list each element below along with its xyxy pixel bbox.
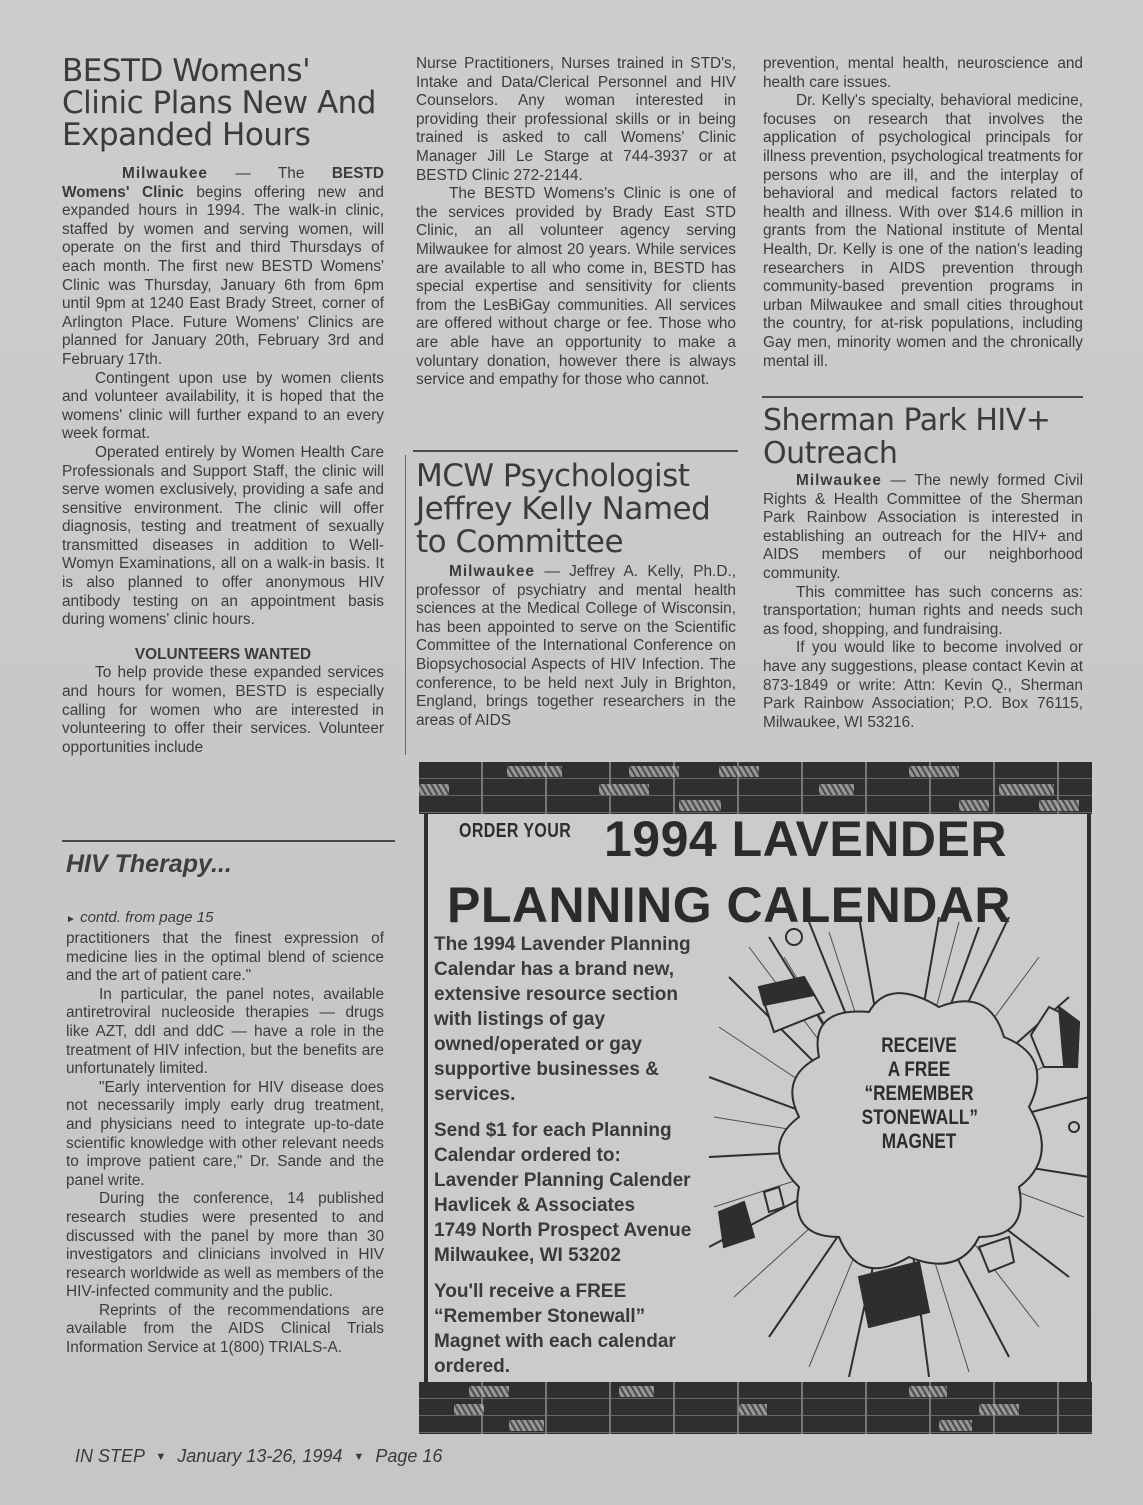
dateline: Milwaukee bbox=[796, 472, 882, 489]
headline-line: to Committee bbox=[416, 524, 623, 560]
section-rule bbox=[413, 450, 738, 452]
ad-copy-line: The 1994 Lavender Planning bbox=[434, 932, 691, 957]
article2-paragraph: prevention, mental health, neuroscience … bbox=[763, 55, 1083, 92]
headline-line: Sherman Park HIV+ bbox=[763, 403, 1050, 438]
ad-order-your: ORDER YOUR bbox=[459, 820, 571, 843]
triangle-separator-icon: ▼ bbox=[155, 1451, 166, 1463]
ad-copy-line: ordered. bbox=[434, 1354, 676, 1379]
article4-paragraph: During the conference, 14 published rese… bbox=[66, 1190, 384, 1302]
ad-copy-line: Lavender Planning Calender bbox=[434, 1168, 691, 1193]
dateline: Milwaukee bbox=[449, 563, 535, 580]
ad-copy-line: owned/operated or gay bbox=[434, 1032, 691, 1057]
ad-description: The 1994 Lavender Planning Calendar has … bbox=[434, 932, 691, 1107]
article1-body: Milwaukee — The BESTD Womens' Clinic beg… bbox=[62, 165, 384, 757]
triangle-separator-icon: ▼ bbox=[353, 1451, 364, 1463]
ad-title-line1: 1994 LAVENDER bbox=[604, 810, 1007, 868]
article2-headline: MCW Psychologist Jeffrey Kelly Named to … bbox=[416, 460, 736, 559]
subhead-volunteers-wanted: VOLUNTEERS WANTED bbox=[62, 646, 384, 665]
lavender-calendar-ad: ORDER YOUR 1994 LAVENDER PLANNING CALEND… bbox=[419, 762, 1092, 1434]
column-divider bbox=[405, 455, 406, 755]
paragraph-text: — Jeffrey A. Kelly, Ph.D., professor of … bbox=[416, 563, 736, 729]
paragraph-text: begins offering new and expanded hours i… bbox=[62, 184, 384, 368]
burst-line: MAGNET bbox=[862, 1130, 977, 1154]
headline-line: Outreach bbox=[763, 436, 897, 471]
article1-paragraph: Operated entirely by Women Health Care P… bbox=[62, 444, 384, 630]
article4-paragraph: "Early intervention for HIV disease does… bbox=[66, 1079, 384, 1191]
article1-continued: Nurse Practitioners, Nurses trained in S… bbox=[416, 55, 736, 390]
article1-paragraph: Nurse Practitioners, Nurses trained in S… bbox=[416, 55, 736, 185]
burst-magnet-text: RECEIVE A FREE “REMEMBER STONEWALL” MAGN… bbox=[862, 1034, 977, 1154]
article4-paragraph: practitioners that the finest expression… bbox=[66, 930, 384, 986]
ad-copy-line: Calendar has a brand new, bbox=[434, 957, 691, 982]
continued-note: ► contd. from page 15 bbox=[66, 909, 384, 926]
headline-line: BESTD Womens' bbox=[62, 53, 310, 89]
article1-paragraph: To help provide these expanded services … bbox=[62, 664, 384, 757]
article4-paragraph: In particular, the panel notes, availabl… bbox=[66, 986, 384, 1079]
ad-copy-line: services. bbox=[434, 1082, 691, 1107]
headline-line: MCW Psychologist bbox=[416, 458, 689, 494]
article3-headline: Sherman Park HIV+ Outreach bbox=[763, 404, 1083, 470]
article4-headline: HIV Therapy... bbox=[66, 850, 384, 879]
ad-copy-line: supportive businesses & bbox=[434, 1057, 691, 1082]
ad-copy-line: Send $1 for each Planning bbox=[434, 1118, 691, 1143]
ad-copy-line: Havlicek & Associates bbox=[434, 1193, 691, 1218]
article2-paragraph: Dr. Kelly's specialty, behavioral medici… bbox=[763, 92, 1083, 371]
page-footer: IN STEP ▼ January 13-26, 1994 ▼ Page 16 bbox=[75, 1446, 442, 1467]
ad-order-address: Send $1 for each Planning Calendar order… bbox=[434, 1118, 691, 1268]
arrow-right-icon: ► bbox=[66, 914, 76, 925]
article1-paragraph: The BESTD Womens's Clinic is one of the … bbox=[416, 185, 736, 390]
article1-paragraph: Milwaukee — The BESTD Womens' Clinic beg… bbox=[62, 165, 384, 370]
burst-line: A FREE bbox=[862, 1058, 977, 1082]
column-rule bbox=[62, 840, 395, 842]
ad-copy-line: “Remember Stonewall” bbox=[434, 1304, 676, 1329]
ad-copy-line: extensive resource section bbox=[434, 982, 691, 1007]
ad-copy-line: Magnet with each calendar bbox=[434, 1329, 676, 1354]
burst-line: STONEWALL” bbox=[862, 1106, 977, 1130]
article3-body: Milwaukee — The newly formed Civil Right… bbox=[763, 472, 1083, 732]
article4: HIV Therapy... ► contd. from page 15 pra… bbox=[66, 850, 384, 1358]
ad-copy-line: with listings of gay bbox=[434, 1007, 691, 1032]
burst-line: “REMEMBER bbox=[862, 1082, 977, 1106]
article4-paragraph: Reprints of the recommendations are avai… bbox=[66, 1302, 384, 1358]
ad-copy-line: Milwaukee, WI 53202 bbox=[434, 1243, 691, 1268]
article2-body: Milwaukee — Jeffrey A. Kelly, Ph.D., pro… bbox=[416, 563, 736, 730]
column-3: prevention, mental health, neuroscience … bbox=[763, 55, 1083, 371]
article3-paragraph: If you would like to become involved or … bbox=[763, 639, 1083, 732]
article2-continued: prevention, mental health, neuroscience … bbox=[763, 55, 1083, 371]
article1-headline: BESTD Womens' Clinic Plans New And Expan… bbox=[62, 55, 384, 151]
article3-paragraph: Milwaukee — The newly formed Civil Right… bbox=[763, 472, 1083, 584]
brick-wall-border-bottom bbox=[419, 1382, 1092, 1434]
headline-line: Jeffrey Kelly Named bbox=[416, 491, 710, 527]
issue-date: January 13-26, 1994 bbox=[177, 1446, 342, 1466]
article2-paragraph: Milwaukee — Jeffrey A. Kelly, Ph.D., pro… bbox=[416, 563, 736, 730]
ad-copy-line: Calendar ordered to: bbox=[434, 1143, 691, 1168]
newspaper-page: BESTD Womens' Clinic Plans New And Expan… bbox=[0, 0, 1143, 1505]
page-number: Page 16 bbox=[375, 1446, 442, 1466]
brick-wall-border-top bbox=[419, 762, 1092, 814]
column-1: BESTD Womens' Clinic Plans New And Expan… bbox=[62, 55, 384, 757]
article2: MCW Psychologist Jeffrey Kelly Named to … bbox=[416, 460, 736, 730]
article3-paragraph: This committee has such concerns as: tra… bbox=[763, 584, 1083, 640]
ad-copy-line: You'll receive a FREE bbox=[434, 1279, 676, 1304]
article4-body: practitioners that the finest expression… bbox=[66, 930, 384, 1358]
ad-copy-line: 1749 North Prospect Avenue bbox=[434, 1218, 691, 1243]
ad-free-magnet-offer: You'll receive a FREE “Remember Stonewal… bbox=[434, 1279, 676, 1379]
burst-line: RECEIVE bbox=[862, 1034, 977, 1058]
headline-line: Expanded Hours bbox=[62, 117, 310, 153]
dateline: Milwaukee bbox=[122, 165, 208, 182]
column-2: Nurse Practitioners, Nurses trained in S… bbox=[416, 55, 736, 390]
article1-paragraph: Contingent upon use by women clients and… bbox=[62, 370, 384, 444]
headline-line: Clinic Plans New And bbox=[62, 85, 376, 121]
continued-text: contd. from page 15 bbox=[80, 909, 213, 926]
article3: Sherman Park HIV+ Outreach Milwaukee — T… bbox=[763, 404, 1083, 732]
publication-name: IN STEP bbox=[75, 1446, 144, 1466]
dash: — The bbox=[208, 165, 332, 182]
section-rule bbox=[762, 396, 1083, 398]
